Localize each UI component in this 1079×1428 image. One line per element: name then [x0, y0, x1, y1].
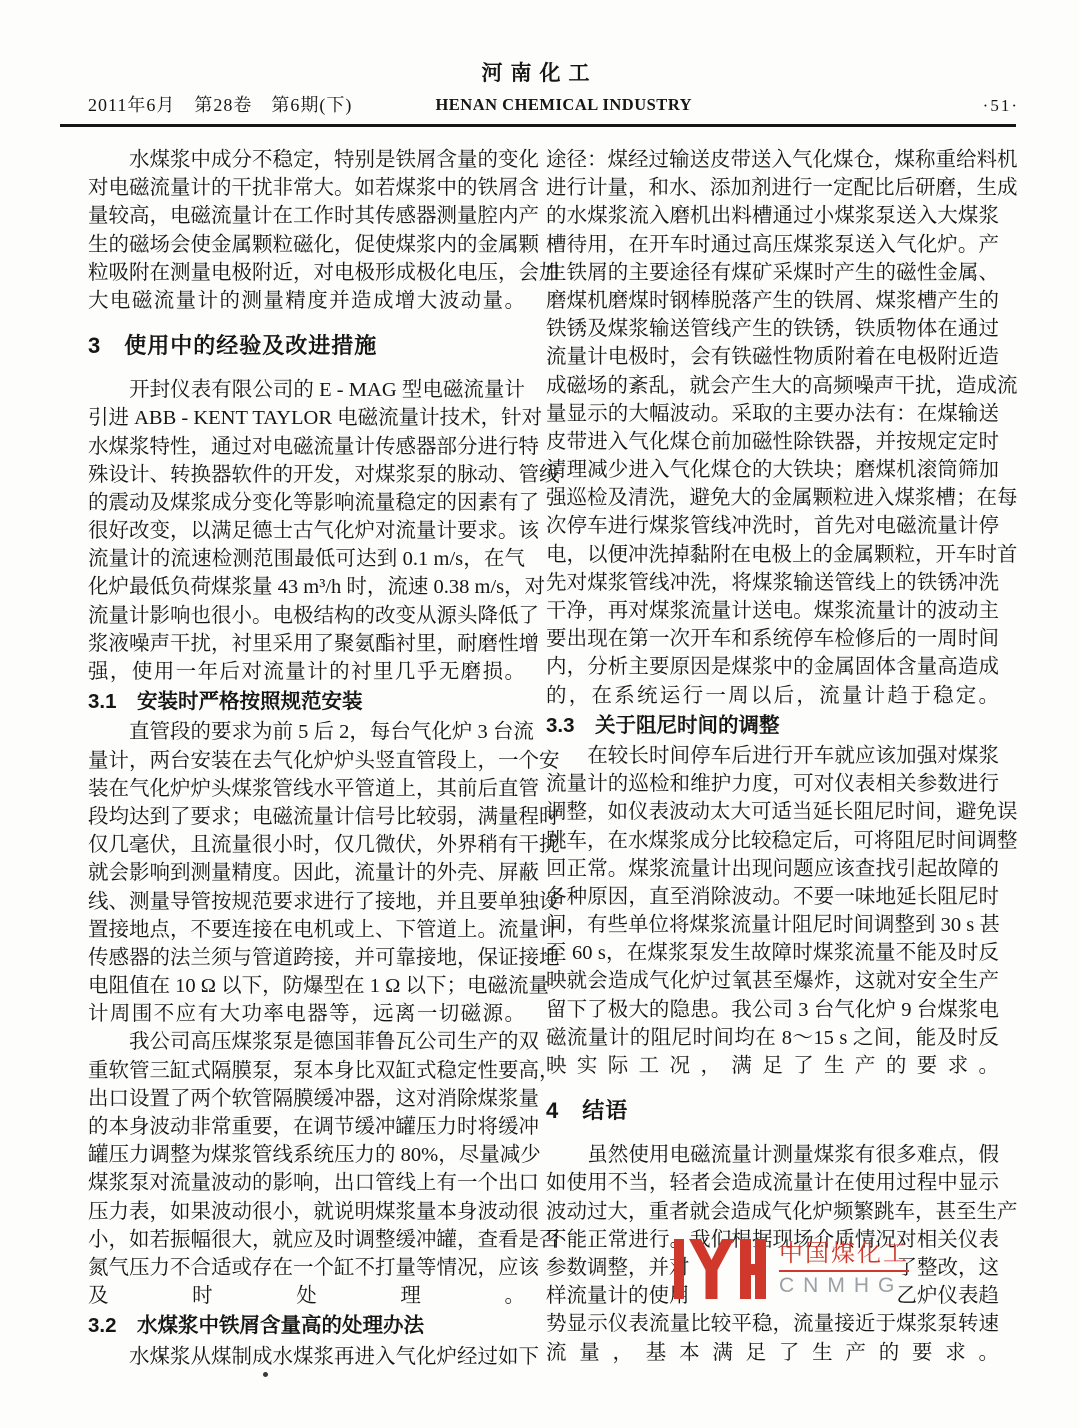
text-line: 皮带进入气化煤仓前加磁性除铁器，并按规定定时 [546, 428, 999, 456]
text-line: 映实际工况，满足了生产的要求。 [546, 1052, 999, 1080]
text-line: 仅几毫伏，且流量很小时，仅几微伏，外界稍有干扰 [88, 831, 525, 859]
text-line: 量较高，电磁流量计在工作时其传感器测量腔内产 [88, 202, 525, 230]
text-line: 化炉最低负荷煤浆量 43 m³/h 时，流速 0.38 m/s，对 [88, 573, 525, 601]
scan-speck [263, 1372, 268, 1377]
text-line: 氮气压力不合适或存在一个缸不打量等情况，应该 [88, 1254, 525, 1282]
journal-title-en: HENAN CHEMICAL INDUSTRY [435, 92, 692, 118]
page-header: 河南化工 2011年6月 第28卷 第6期(下) HENAN CHEMICAL … [0, 0, 1079, 127]
text-fragment: 样流量计的使用 [546, 1282, 690, 1310]
watermark-text-block: 中国煤化工 CNMHG [779, 1239, 909, 1298]
paragraph: 在较长时间停车后进行开车就应该加强对煤浆流量计的巡检和维护力度，可对仪表相关参数… [546, 742, 999, 1080]
section-heading-3: 3 使用中的经验及改进措施 [88, 331, 525, 361]
text-line: 铁锈及煤浆输送管线产生的铁锈，铁质物体在通过 [546, 315, 999, 343]
text-line: 途径：煤经过输送皮带送入气化煤仓，煤称重给料机 [546, 146, 999, 174]
watermark-text-cn: 中国煤化工 [779, 1241, 909, 1272]
text-line: 置接地点，不要连接在电机或上、下管道上。流量计 [88, 916, 525, 944]
text-line: 生铁屑的主要途径有煤矿采煤时产生的磁性金属、 [546, 259, 999, 287]
section-heading-3-2: 3.2 水煤浆中铁屑含量高的处理办法 [88, 1312, 525, 1340]
text-line: 强，使用一年后对流量计的衬里几乎无磨损。 [88, 658, 525, 686]
paragraph: 水煤浆从煤制成水煤浆再进入气化炉经过如下 [88, 1343, 525, 1371]
text-line: 线、测量导管按规范要求进行了接地，并且要单独设 [88, 888, 525, 916]
text-line: 我公司高压煤浆泵是德国菲鲁瓦公司生产的双 [88, 1028, 525, 1056]
text-line: 生的磁场会使金属颗粒磁化，促使煤浆内的金属颗 [88, 231, 525, 259]
text-line: 映就会造成气化炉过氧甚至爆炸，这就对安全生产 [546, 967, 999, 995]
paragraph: 开封仪表有限公司的 E - MAG 型电磁流量计引进 ABB - KENT TA… [88, 376, 525, 686]
text-line: 进行计量，和水、添加剂进行一定配比后研磨，生成 [546, 174, 999, 202]
text-line: 重软管三缸式隔膜泵，泵本身比双缸式稳定性要高， [88, 1057, 525, 1085]
text-line: 水煤浆特性，通过对电磁流量计传感器部分进行特 [88, 433, 525, 461]
paragraph: 途径：煤经过输送皮带送入气化煤仓，煤称重给料机进行计量，和水、添加剂进行一定配比… [546, 146, 999, 710]
text-line: 的，在系统运行一周以后，流量计趋于稳定。 [546, 682, 999, 710]
text-line: 很好改变，以满足德士古气化炉对流量计要求。该 [88, 517, 525, 545]
two-column-body: 水煤浆中成分不稳定，特别是铁屑含量的变化对电磁流量计的干扰非常大。如若煤浆中的铁… [0, 127, 1079, 1371]
header-meta-row: 2011年6月 第28卷 第6期(下) HENAN CHEMICAL INDUS… [88, 92, 1019, 118]
watermark-text-en: CNMHG [779, 1274, 909, 1298]
journal-title-cn: 河南化工 [0, 58, 1079, 88]
text-line: 压力表，如果波动很小，就说明煤浆量本身波动很 [88, 1198, 525, 1226]
text-line: 传感器的法兰须与管道跨接，并可靠接地，保证接地 [88, 944, 525, 972]
text-line: 大电磁流量计的测量精度并造成增大波动量。 [88, 287, 525, 315]
text-line: 就会影响到测量精度。因此，流量计的外壳、屏蔽 [88, 859, 525, 887]
text-line: 磨煤机磨煤时钢棒脱落产生的铁屑、煤浆槽产生的 [546, 287, 999, 315]
text-line: 罐压力调整为煤浆管线系统压力的 80%，尽量减少 [88, 1141, 525, 1169]
text-line: 调整，如仪表波动太大可适当延长阻尼时间，避免误 [546, 798, 999, 826]
text-line: 流量计影响也很小。电极结构的改变从源头降低了 [88, 602, 525, 630]
text-line: 引进 ABB - KENT TAYLOR 电磁流量计技术，针对 [88, 404, 525, 432]
text-line: 对电磁流量计的干扰非常大。如若煤浆中的铁屑含 [88, 174, 525, 202]
paragraph: 势显示仪表流量比较平稳，流量接近于煤浆泵转速流量，基本满足了生产的要求。 [546, 1310, 999, 1366]
text-line: 要出现在第一次开车和系统停车检修后的一周时间 [546, 625, 999, 653]
text-line: 开封仪表有限公司的 E - MAG 型电磁流量计 [88, 376, 525, 404]
text-line: 清理减少进入气化煤仓的大铁块；磨煤机滚筒筛加 [546, 456, 999, 484]
text-line: 流量计电极时，会有铁磁性物质附着在电极附近造 [546, 343, 999, 371]
text-line: 量显示的大幅波动。采取的主要办法有：在煤输送 [546, 400, 999, 428]
text-line: 次停车进行煤浆管线冲洗时，首先对电磁流量计停 [546, 512, 999, 540]
section-heading-3-1: 3.1 安装时严格按照规范安装 [88, 688, 525, 716]
text-line: 各种原因，直至消除波动。不要一味地延长阻尼时 [546, 883, 999, 911]
text-line: 流量计的流速检测范围最低可达到 0.1 m/s，在气 [88, 545, 525, 573]
text-line: 流量计的巡检和维护力度，可对仪表相关参数进行 [546, 770, 999, 798]
text-line: 水煤浆从煤制成水煤浆再进入气化炉经过如下 [88, 1343, 525, 1371]
text-line: 回正常。煤浆流量计出现问题应该查找引起故障的 [546, 855, 999, 883]
text-line: 流量，基本满足了生产的要求。 [546, 1339, 999, 1367]
paragraph: 直管段的要求为前 5 后 2，每台气化炉 3 台流量计，两台安装在去气化炉炉头竖… [88, 718, 525, 1028]
text-line: 干净，再对煤浆流量计送电。煤浆流量计的波动主 [546, 597, 999, 625]
text-line: 留下了极大的隐患。我公司 3 台气化炉 9 台煤浆电 [546, 996, 999, 1024]
text-line: 段均达到了要求；电磁流量计信号比较弱，满量程时 [88, 803, 525, 831]
section-heading-3-3: 3.3 关于阻尼时间的调整 [546, 712, 999, 740]
paragraph: 虽然使用电磁流量计测量煤浆有很多难点，假如使用不当，轻者会造成流量计在使用过程中… [546, 1141, 999, 1254]
text-line: 磁流量计的阻尼时间均在 8～15 s 之间，能及时反 [546, 1024, 999, 1052]
text-fragment: 了整改，这 [897, 1254, 1000, 1282]
page-number: ·51· [983, 93, 1019, 119]
text-line: 电阻值在 10 Ω 以下，防爆型在 1 Ω 以下；电磁流量 [88, 972, 525, 1000]
text-line: 水煤浆中成分不稳定，特别是铁屑含量的变化 [88, 146, 525, 174]
left-column: 水煤浆中成分不稳定，特别是铁屑含量的变化对电磁流量计的干扰非常大。如若煤浆中的铁… [88, 146, 525, 1371]
paragraph: 水煤浆中成分不稳定，特别是铁屑含量的变化对电磁流量计的干扰非常大。如若煤浆中的铁… [88, 146, 525, 315]
watermark: 中国煤化工 CNMHG [674, 1239, 909, 1299]
text-line: 的本身波动非常重要，在调节缓冲罐压力时将缓冲 [88, 1113, 525, 1141]
text-line: 间，有些单位将煤浆流量计阻尼时间调整到 30 s 甚 [546, 911, 999, 939]
text-line: 装在气化炉炉头煤浆管线水平管道上，其前后直管 [88, 775, 525, 803]
text-line: 粒吸附在测量电极附近，对电极形成极化电压，会加 [88, 259, 525, 287]
text-line: 计周围不应有大功率电器等，远离一切磁源。 [88, 1000, 525, 1028]
issue-info: 2011年6月 第28卷 第6期(下) [88, 92, 352, 118]
text-line: 电，以便冲洗掉黏附在电极上的金属颗粒，开车时首 [546, 541, 999, 569]
text-line: 量计，两台安装在去气化炉炉头竖直管段上，一个安 [88, 747, 525, 775]
text-line: 在较长时间停车后进行开车就应该加强对煤浆 [546, 742, 999, 770]
text-line: 的水煤浆流入磨机出料槽通过小煤浆泵送入大煤浆 [546, 202, 999, 230]
text-fragment: 乙炉仪表趋 [897, 1282, 1000, 1310]
paragraph: 我公司高压煤浆泵是德国菲鲁瓦公司生产的双重软管三缸式隔膜泵，泵本身比双缸式稳定性… [88, 1028, 525, 1310]
text-line: 虽然使用电磁流量计测量煤浆有很多难点，假 [546, 1141, 999, 1169]
text-line: 出口设置了两个软管隔膜缓冲器，这对消除煤浆量 [88, 1085, 525, 1113]
text-line: 波动过大，重者就会造成气化炉频繁跳车，甚至生产 [546, 1198, 999, 1226]
text-line: 的震动及煤浆成分变化等影响流量稳定的因素有了 [88, 489, 525, 517]
text-line: 势显示仪表流量比较平稳，流量接近于煤浆泵转速 [546, 1310, 999, 1338]
text-line: 内，分析主要原因是煤浆中的金属固体含量高造成 [546, 653, 999, 681]
text-line: 跳车，在水煤浆成分比较稳定后，可将阻尼时间调整 [546, 827, 999, 855]
text-line: 直管段的要求为前 5 后 2，每台气化炉 3 台流 [88, 718, 525, 746]
text-line: 殊设计、转换器软件的开发，对煤浆泵的脉动、管线 [88, 461, 525, 489]
text-line: 煤浆泵对流量波动的影响，出口管线上有一个出口 [88, 1169, 525, 1197]
text-line: 成磁场的紊乱，就会产生大的高频噪声干扰，造成流 [546, 372, 999, 400]
text-line: 至 60 s，在煤浆泵发生故障时煤浆流量不能及时反 [546, 939, 999, 967]
text-line: 如使用不当，轻者会造成流量计在使用过程中显示 [546, 1169, 999, 1197]
journal-page: 河南化工 2011年6月 第28卷 第6期(下) HENAN CHEMICAL … [0, 0, 1079, 1428]
section-heading-4: 4 结语 [546, 1096, 999, 1126]
scan-speck [159, 1354, 163, 1358]
cnmhg-logo-icon [674, 1239, 766, 1299]
text-line: 先对煤浆管线冲洗，将煤浆输送管线上的铁锈冲洗 [546, 569, 999, 597]
text-line: 浆液噪声干扰，衬里采用了聚氨酯衬里，耐磨性增 [88, 630, 525, 658]
text-line: 小，如若振幅很大，就应及时调整缓冲罐，查看是否 [88, 1226, 525, 1254]
text-line: 槽待用，在开车时通过高压煤浆泵送入气化炉。产 [546, 231, 999, 259]
right-column: 途径：煤经过输送皮带送入气化煤仓，煤称重给料机进行计量，和水、添加剂进行一定配比… [546, 146, 999, 1371]
text-line: 强巡检及清洗，避免大的金属颗粒进入煤浆槽；在每 [546, 484, 999, 512]
text-fragment: 参数调整，并对 [546, 1254, 690, 1282]
text-line: 及时处理。 [88, 1282, 525, 1310]
